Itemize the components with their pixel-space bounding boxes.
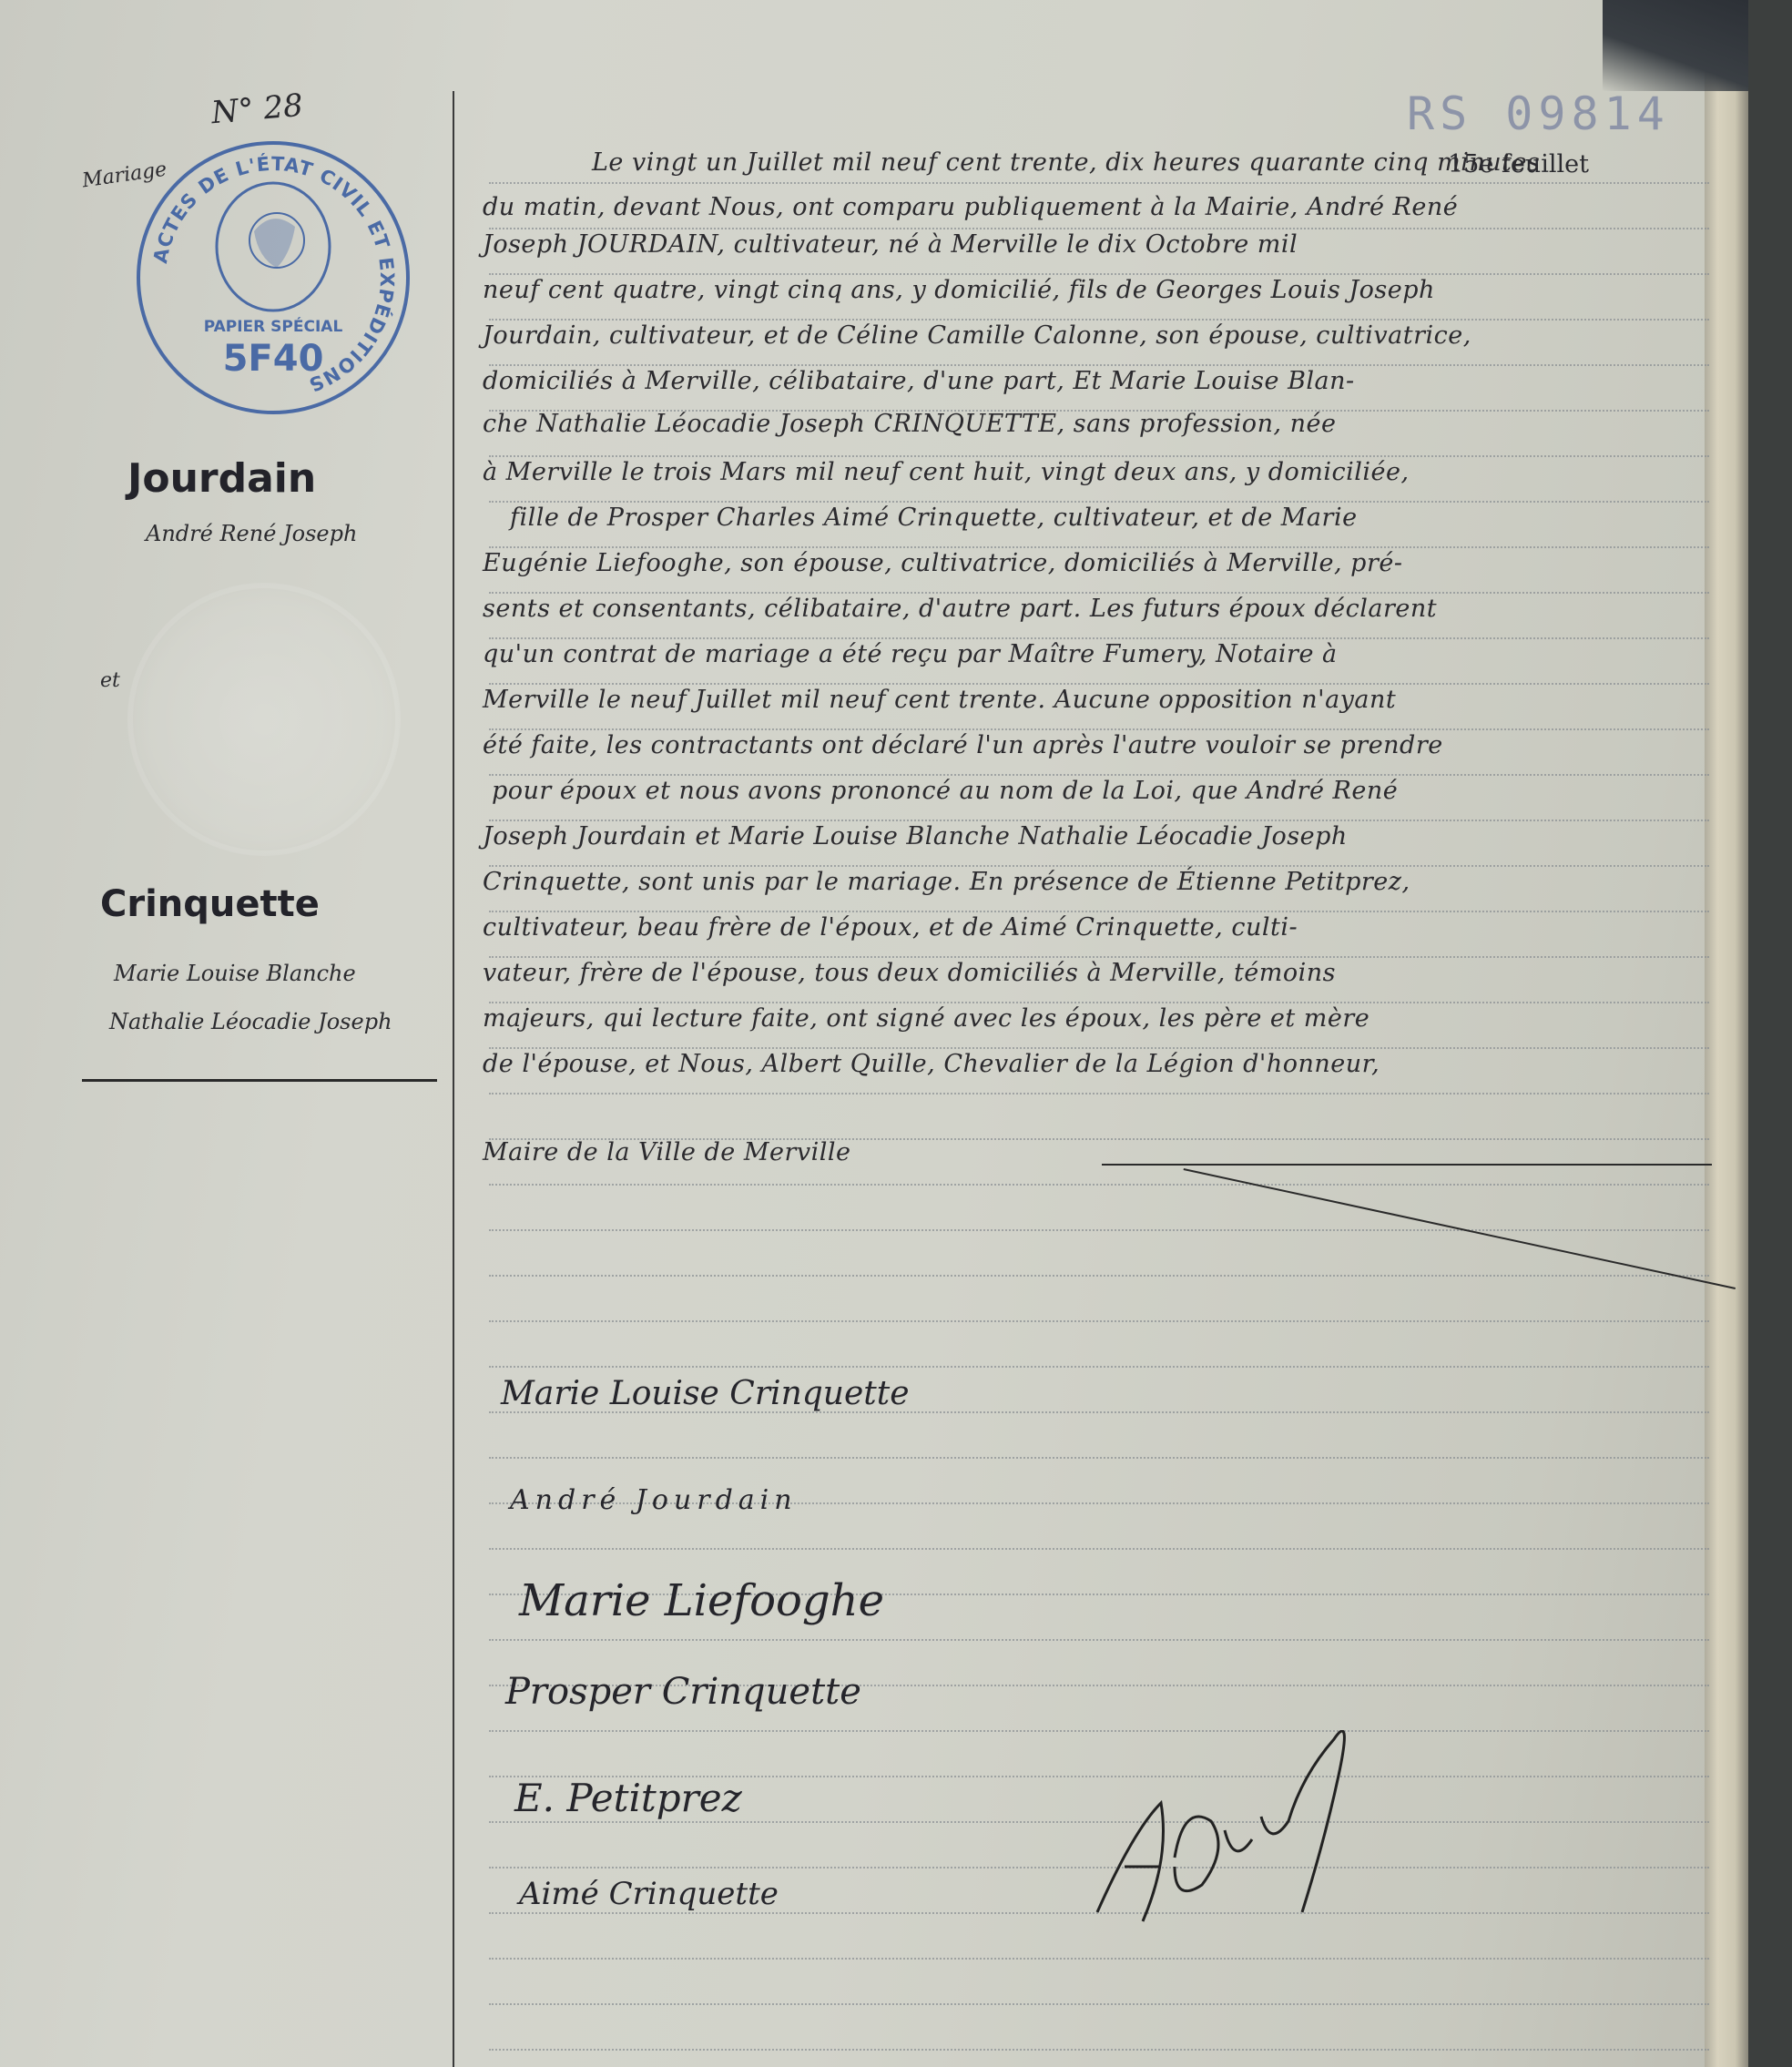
closing-stroke	[1102, 1164, 1712, 1166]
ruled-line	[489, 820, 1709, 821]
embossed-seal	[127, 583, 401, 856]
act-line: Le vingt un Juillet mil neuf cent trente…	[592, 148, 1540, 177]
signature-bride-mother: Marie Liefooghe	[519, 1575, 884, 1626]
ruled-line	[489, 501, 1709, 503]
act-line: Eugénie Liefooghe, son épouse, cultivatr…	[483, 549, 1402, 577]
ruled-line	[489, 364, 1709, 366]
act-line: che Nathalie Léocadie Joseph CRINQUETTE,…	[483, 410, 1336, 438]
ruled-line	[489, 1457, 1709, 1459]
ruled-line	[489, 1548, 1709, 1550]
margin-conjunction: et	[100, 669, 120, 692]
ruled-line	[489, 455, 1709, 457]
ruled-line	[489, 546, 1709, 548]
act-line: été faite, les contractants ont déclaré …	[483, 731, 1443, 759]
ruled-line	[489, 956, 1709, 958]
page-stack-edge	[1705, 0, 1748, 2067]
margin-divider	[82, 1079, 437, 1082]
act-line: du matin, devant Nous, ont comparu publi…	[483, 193, 1458, 221]
ruled-line	[489, 1366, 1709, 1368]
margin-bride-surname: Crinquette	[100, 883, 320, 925]
act-line: Joseph JOURDAIN, cultivateur, né à Mervi…	[483, 230, 1298, 259]
signature-groom: André Jourdain	[510, 1484, 798, 1516]
book-binding	[1603, 0, 1748, 91]
margin-bride-given-names-1: Marie Louise Blanche	[114, 961, 356, 986]
margin-groom-surname: Jourdain	[127, 455, 316, 502]
ruled-line	[489, 1639, 1709, 1641]
ruled-line	[489, 1002, 1709, 1003]
act-line: à Merville le trois Mars mil neuf cent h…	[483, 458, 1410, 486]
act-number: N° 28	[209, 87, 304, 132]
ruled-line	[489, 2003, 1709, 2005]
ruled-line	[489, 1184, 1709, 1186]
margin-rule	[453, 91, 454, 2067]
act-line: fille de Prosper Charles Aimé Crinquette…	[510, 504, 1358, 532]
act-line: majeurs, qui lecture faite, ont signé av…	[483, 1004, 1369, 1033]
mayor-signature-icon	[1088, 1730, 1416, 1967]
act-line: domiciliés à Merville, célibataire, d'un…	[483, 367, 1355, 395]
stamp-label: PAPIER SPÉCIAL	[140, 318, 406, 336]
ruled-line	[489, 1047, 1709, 1049]
ruled-line	[489, 911, 1709, 912]
ruled-line	[489, 1229, 1709, 1231]
ruled-line	[489, 2049, 1709, 2051]
ruled-line	[489, 865, 1709, 867]
ruled-line	[489, 1275, 1709, 1277]
act-line: Crinquette, sont unis par le mariage. En…	[483, 868, 1410, 896]
signature-bride-father: Prosper Crinquette	[505, 1671, 861, 1713]
ruled-line	[489, 1320, 1709, 1322]
register-page: N° 28 Mariage ACTES DE L'ÉTAT CIVIL ET E…	[0, 0, 1748, 2067]
ruled-line	[489, 774, 1709, 776]
ruled-line	[489, 728, 1709, 730]
ruled-line	[489, 273, 1709, 275]
act-line: qu'un contrat de mariage a été reçu par …	[483, 640, 1338, 668]
act-line: Maire de la Ville de Merville	[483, 1138, 851, 1166]
act-line: Joseph Jourdain et Marie Louise Blanche …	[483, 822, 1348, 850]
act-line: cultivateur, beau frère de l'époux, et d…	[483, 913, 1298, 942]
ruled-line	[489, 637, 1709, 639]
margin-groom-given-names: André René Joseph	[146, 521, 357, 546]
signature-witness-1: E. Petitprez	[514, 1776, 742, 1820]
stamp-price: 5F40	[140, 338, 406, 380]
reference-stamp: RS 09814	[1407, 87, 1670, 140]
act-line: Jourdain, cultivateur, et de Céline Cami…	[483, 321, 1471, 350]
act-line: neuf cent quatre, vingt cinq ans, y domi…	[483, 276, 1435, 304]
ruled-line	[489, 1093, 1709, 1095]
act-line: pour époux et nous avons prononcé au nom…	[492, 777, 1398, 805]
ruled-line	[489, 182, 1709, 184]
act-line: vateur, frère de l'épouse, tous deux dom…	[483, 959, 1336, 987]
signature-witness-2: Aimé Crinquette	[519, 1876, 779, 1912]
ruled-line	[489, 592, 1709, 594]
act-line: sents et consentants, célibataire, d'aut…	[483, 595, 1437, 623]
act-line: Merville le neuf Juillet mil neuf cent t…	[483, 686, 1396, 714]
ruled-line	[489, 228, 1709, 229]
act-line: de l'épouse, et Nous, Albert Quille, Che…	[483, 1050, 1380, 1078]
ruled-line	[489, 683, 1709, 685]
fiscal-stamp: ACTES DE L'ÉTAT CIVIL ET EXPÉDITIONS PAP…	[137, 141, 410, 414]
signature-bride: Marie Louise Crinquette	[501, 1375, 910, 1412]
margin-bride-given-names-2: Nathalie Léocadie Joseph	[109, 1009, 392, 1034]
ruled-line	[489, 319, 1709, 321]
